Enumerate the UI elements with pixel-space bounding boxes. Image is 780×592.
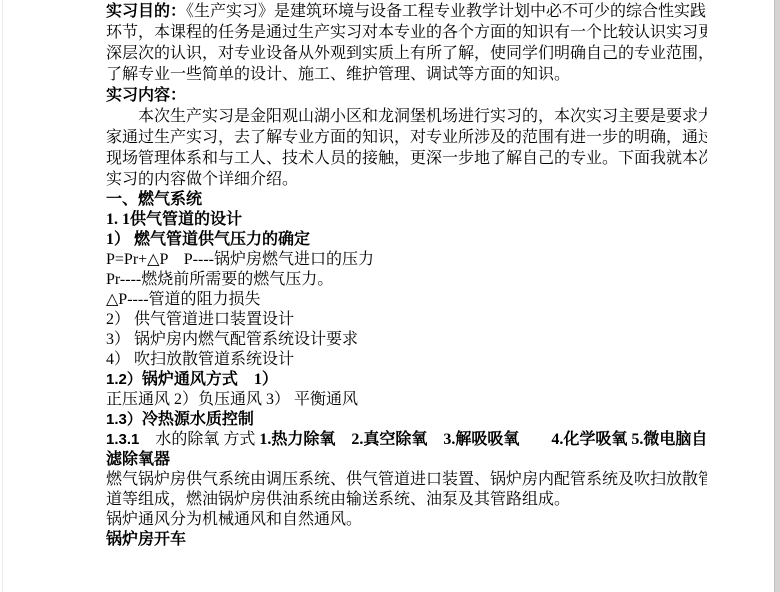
purpose-line-1-text: 《生产实习》是建筑环境与设备工程专业教学计划中必不可少的综合性实践: [186, 3, 706, 20]
ventilation-modes-line: 正压通风 2）负压通风 3） 平衡通风: [106, 390, 707, 410]
heading-boiler-ventilation: 1.2）锅炉通风方式 1）: [106, 370, 707, 390]
deoxygenation-line-2: 滤除氧器: [106, 450, 707, 470]
content-line-3: 现场管理体系和与工人、技术人员的接触，更深一步地了解自己的专业。下面我就本次: [106, 148, 707, 169]
purpose-line-1: 实习目的：《生产实习》是建筑环境与设备工程专业教学计划中必不可少的综合性实践: [106, 1, 707, 22]
content-line-1: 本次生产实习是金阳观山湖小区和龙洞堡机场进行实习的，本次实习主要是要求大: [106, 106, 707, 127]
truncated-heading: 锅炉房开车: [106, 530, 707, 550]
deoxygenation-methods: 1.热力除氧 2.真空除氧 3.解吸吸氧 4.化学吸氧 5.微电脑自控常温过: [259, 431, 707, 448]
gas-supply-paragraph-line-1: 燃气锅炉房供气系统由调压系统、供气管道进口装置、锅炉房内配管系统及吹扫放散管: [106, 470, 707, 490]
page-right-edge: [774, 0, 780, 592]
list-item-inlet-device: 2） 供气管道进口装置设计: [106, 310, 707, 330]
purpose-line-2: 环节，本课程的任务是通过生产实习对本专业的各个方面的知识有一个比较认识实习更: [106, 22, 707, 43]
purpose-line-3: 深层次的认识，对专业设备从外观到实质上有所了解，使同学们明确自己的专业范围，: [106, 43, 707, 64]
gas-system-section: 一、燃气系统 1. 1供气管道的设计 1） 燃气管道供气压力的确定 P=Pr+△…: [106, 190, 707, 530]
deoxygenation-number: 1.3.1: [106, 431, 139, 448]
deoxygenation-mid-text: 水的除氧 方式: [139, 431, 259, 448]
gas-supply-paragraph-line-2: 道等组成，燃油锅炉房供油系统由输送系统、油泵及其管路组成。: [106, 490, 707, 510]
section-heading-gas-system: 一、燃气系统: [106, 190, 707, 210]
list-item-purge-pipe: 4） 吹扫放散管道系统设计: [106, 350, 707, 370]
purpose-line-4: 了解专业一些简单的设计、施工、维护管理、调试等方面的知识。: [106, 64, 707, 85]
heading-water-quality-text: 冷热源水质控制: [142, 411, 254, 428]
content-line-4: 实习的内容做个详细介绍。: [106, 169, 707, 190]
content-line-2: 家通过生产实习，去了解专业方面的知识，对专业所涉及的范围有进一步的明确，通过: [106, 127, 707, 148]
document-body: 实习目的：《生产实习》是建筑环境与设备工程专业教学计划中必不可少的综合性实践 环…: [106, 1, 707, 592]
formula-pressure: P=Pr+△P P----锅炉房燃气进口的压力: [106, 250, 707, 270]
heading-water-quality-number: 1.3）: [106, 411, 142, 428]
heading-water-quality: 1.3）冷热源水质控制: [106, 410, 707, 430]
deoxygenation-line-1: 1.3.1 水的除氧 方式 1.热力除氧 2.真空除氧 3.解吸吸氧 4.化学吸…: [106, 430, 707, 450]
heading-boiler-ventilation-text: 锅炉通风方式 1）: [142, 371, 278, 388]
content-heading: 实习内容：: [106, 85, 707, 106]
list-item-piping-requirements: 3） 锅炉房内燃气配管系统设计要求: [106, 330, 707, 350]
purpose-heading: 实习目的：: [106, 3, 186, 20]
heading-supply-pressure: 1） 燃气管道供气压力的确定: [106, 230, 707, 250]
ventilation-types-paragraph: 锅炉通风分为机械通风和自然通风。: [106, 510, 707, 530]
document-page: 实习目的：《生产实习》是建筑环境与设备工程专业教学计划中必不可少的综合性实践 环…: [0, 0, 780, 592]
heading-supply-pipe-design: 1. 1供气管道的设计: [106, 210, 707, 230]
formula-deltap-definition: △P----管道的阻力损失: [106, 290, 707, 310]
formula-pr-definition: Pr----燃烧前所需要的燃气压力。: [106, 270, 707, 290]
heading-boiler-ventilation-number: 1.2）: [106, 371, 142, 388]
page-left-edge: [2, 0, 3, 592]
